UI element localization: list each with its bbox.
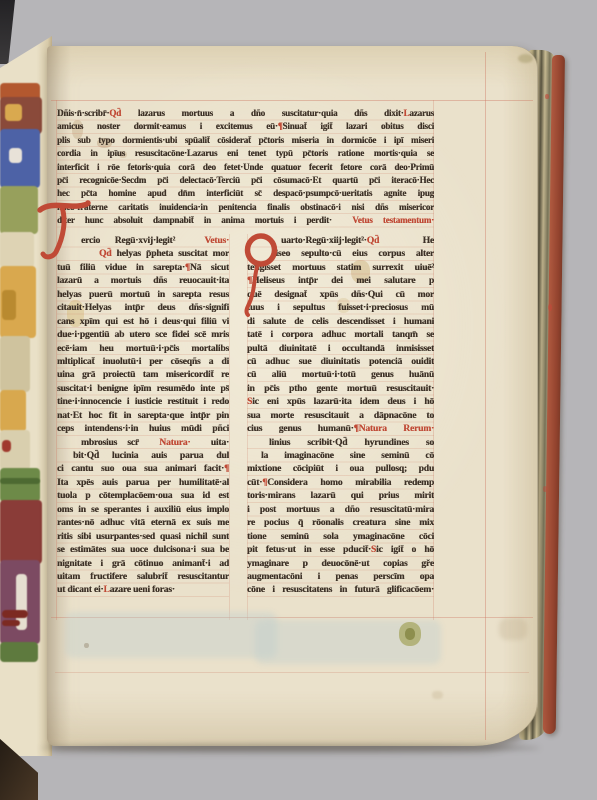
red-ink-text: Vetus·	[204, 235, 229, 246]
text-line: ymaginare p deuocōnē·ut copias gře	[247, 557, 434, 570]
stain	[65, 612, 277, 658]
brown-ink-text: ci cantu suo oua sua animari facit·	[57, 463, 224, 474]
text-line: cū adhuc sue diuinitatis potenciā ouidit	[247, 355, 434, 368]
brown-ink-text: ut dicant ei·	[57, 584, 103, 595]
text-line: cōne i resuscitatens in futurā glificacō…	[247, 583, 434, 596]
text-line: helyas puerū mortuū in sarepta resus	[57, 288, 229, 301]
miniature-segment	[0, 232, 34, 268]
text-line: rantes·nō adhuc vitā eternā ex suis me	[57, 516, 229, 529]
brown-ink-text: cūt·	[247, 477, 262, 488]
left-text-column: ercio Regū·xvij·legit² Vetus·Qd̄ helyas …	[57, 234, 229, 597]
text-line: Sic eni xpūs lazarū·ita idem deus i hō	[247, 395, 434, 408]
miniature-segment	[0, 468, 40, 502]
miniature-segment	[2, 290, 16, 320]
text-line: pit fetus·ut in esse pducit̄·Sic igit̄ o…	[247, 543, 434, 556]
text-line: hec pc̄ta homine apud dn̄m interficiūt s…	[57, 187, 434, 200]
text-line: pc̄i recognicōe·Secdm pc̄i delectacō·Ter…	[57, 174, 434, 187]
red-ink-text: ¶Natura Rerum·	[354, 423, 434, 434]
brown-ink-text: Ita xpēs auis parua per humilitatē·al	[57, 477, 229, 488]
brown-ink-text: liseo sepulto·cū eius corpus alter	[273, 248, 434, 259]
stain	[84, 643, 89, 648]
text-line: oms in se sperantes i auxiliū eius implo	[57, 503, 229, 516]
brown-ink-text: ceps intendens·i·in huius mūdi pñci	[57, 423, 229, 434]
brown-ink-text: augmentacōni i penas perscīm opa	[247, 571, 434, 582]
ruling-line	[485, 52, 486, 740]
brown-ink-text: citauit·Helyas intp̄r deus dñs·signifi	[57, 302, 229, 313]
brown-ink-text: pc̄i recognicōe·Secdm pc̄i delectacō·Ter…	[57, 175, 434, 185]
brown-ink-text: sua morte resuscitauit a dāpnacōne to	[247, 410, 434, 421]
text-line: tine·i·innocencie i iusticie restituit i…	[57, 395, 229, 408]
stain	[405, 628, 415, 640]
initial-T	[38, 198, 90, 264]
text-line: uina grā proiectū tam misericordit̄ re	[57, 368, 229, 381]
brown-ink-text: tione seminū sola ymaginacōne cōci	[247, 531, 434, 542]
brown-ink-text: ecē·iam heu mortuū·i·pc̄is mortalibs	[57, 343, 229, 354]
ruling-line	[51, 617, 533, 618]
text-line: linius scribit·Qd̄ hyrundines so	[247, 436, 434, 449]
brown-ink-text: interficit i rōe fetoris·quia corā deo f…	[57, 162, 434, 172]
brown-ink-text: cordia in ipīus resuscitacōne·Lazarus en…	[57, 148, 434, 158]
brown-ink-text: helyas p̄pheta suscitat mor	[111, 248, 229, 259]
text-line: suscitat·i benigne ipīm resumēdo inte ps…	[57, 382, 229, 395]
text-line: amicus noster dormit·eamus i excitemus e…	[57, 120, 434, 133]
brown-ink-text: uita·	[190, 437, 229, 448]
brown-ink-text: Considera homo mirabilia redemp	[267, 477, 434, 488]
text-line: ritis sibi usurpantes·sed quasi nichil s…	[57, 530, 229, 543]
red-ink-text: Qd̄	[109, 108, 121, 118]
text-line: nignitate i grā cōtinuo animant̄·i ad	[57, 557, 229, 570]
brown-ink-text: He	[379, 235, 434, 246]
brown-ink-text: tatē i corpora adhuc mortali tanqm̄ se	[247, 329, 434, 340]
miniature-segment	[2, 610, 28, 618]
brown-ink-text: uina grā proiectū tam misericordit̄ re	[57, 369, 229, 380]
brown-ink-text: nignitate i grā cōtinuo animant̄·i ad	[57, 558, 229, 569]
text-line: pultā diuinitatē i occultandā inmisisset	[247, 342, 434, 355]
text-line: lazarū a mortuis dñs reuocauit·ita	[57, 274, 229, 287]
miniature-segment	[0, 336, 30, 392]
text-line: in pc̄is ptho gente mortuū resuscitauit·	[247, 382, 434, 395]
text-line: uitam fructifere salubrit̄ resuscitantur	[57, 570, 229, 583]
stain	[432, 691, 443, 699]
text-line: augmentacōni i penas perscīm opa	[247, 570, 434, 583]
text-line: citauit·Helyas intp̄r deus dñs·signifi	[57, 301, 229, 314]
brown-ink-text: hec pc̄ta homine apud dn̄m interficiūt s…	[57, 188, 434, 198]
brown-ink-text: due·i·pgentiū ab utero sce fidei scē mri…	[57, 329, 229, 340]
brown-ink-text: Sinuat̄ igit̄ lazari obitus disci	[282, 121, 434, 131]
text-line: la imaginacōne sine seminū cō	[247, 449, 434, 462]
brown-ink-text: uitam fructifere salubrit̄ resuscitantur	[57, 571, 229, 582]
text-line: ceps intendens·i·in huius mūdi pñci	[57, 422, 229, 435]
brown-ink-text: tine·i·innocencie i iusticie restituit i…	[57, 396, 229, 407]
page-bottom-shadow	[40, 744, 540, 752]
brown-ink-text: azarus	[409, 108, 434, 118]
brown-ink-text: in pc̄is ptho gente mortuū resuscitauit·	[247, 383, 434, 394]
text-line: nacō·fraterne caritatis inuidencia·in pe…	[57, 201, 434, 214]
text-line: mltiplicat̄ inuolutū·i per cōseqñs a di	[57, 355, 229, 368]
brown-ink-text: ic igit̄ o hō	[376, 544, 434, 555]
brown-ink-text: lazarus mortuus a dño suscitatur·quia dñ…	[121, 108, 404, 118]
brown-ink-text: bit·Qd̄ lucinia auis parua dul	[73, 450, 229, 461]
brown-ink-text: cū adhuc sue diuinitatis potenciā ouidit	[247, 356, 434, 367]
miniature-segment	[0, 390, 26, 432]
brown-ink-text: ercio Regū·xvij·legit²	[81, 235, 204, 246]
brown-ink-text: i post mortuus a dño resuscitatū·mira	[247, 504, 434, 515]
text-line: ecē·iam heu mortuū·i·pc̄is mortalibs	[57, 342, 229, 355]
text-line: tatē i corpora adhuc mortali tanqm̄ se	[247, 328, 434, 341]
red-ink-text: Qd̄	[367, 235, 379, 246]
miniature-segment	[0, 500, 42, 564]
brown-ink-text: diter hunc absoluit dampnabit̄ in anima …	[57, 215, 352, 225]
brown-ink-text: mltiplicat̄ inuolutū·i per cōseqñs a di	[57, 356, 229, 367]
miniature-segment	[5, 104, 22, 121]
ruling-line	[55, 672, 529, 673]
brown-ink-text: mixtione cōcipiūt i oua pullosq; pdu	[247, 463, 434, 474]
brown-ink-text: mbrosius scr̄	[81, 437, 159, 448]
text-line: cordia in ipīus resuscitacōne·Lazarus en…	[57, 147, 434, 160]
stain	[255, 620, 441, 664]
brown-ink-text: toris·mirans lazarū qui prius mirit	[247, 490, 434, 501]
brown-ink-text: rantes·nō adhuc vitā eternā ex suis me	[57, 517, 229, 528]
brown-ink-text: plis sub typo dormientis·ubi spūalit̄ cō…	[57, 135, 434, 145]
text-line: ut dicant ei·Lazare ueni foras·	[57, 583, 229, 596]
text-line: Dñis·n̄·scribr̄·Qd̄ lazarus mortuus a dñ…	[57, 107, 434, 120]
brown-ink-text: la imaginacōne sine seminū cō	[261, 450, 434, 461]
text-line: cū aliū mortuū·i·totū genus huānū	[247, 368, 434, 381]
text-line: tione seminū sola ymaginacōne cōci	[247, 530, 434, 543]
brown-ink-text: nacō·fraterne caritatis inuidencia·in pe…	[57, 202, 434, 212]
brown-ink-text: helyas puerū mortuū in sarepta resus	[57, 289, 229, 300]
miniature-segment	[0, 478, 40, 484]
brown-ink-text: pultā diuinitatē i occultandā inmisisset	[247, 343, 434, 354]
miniature-segment	[2, 620, 20, 626]
text-line: mbrosius scr̄ Natura· uita·	[57, 436, 229, 449]
brown-ink-text: ymaginare p deuocōnē·ut copias gře	[247, 558, 434, 569]
brown-ink-text: ritis sibi usurpantes·sed quasi nichil s…	[57, 531, 229, 542]
text-line: plis sub typo dormientis·ubi spūalit̄ cō…	[57, 134, 434, 147]
red-ink-text: Qd̄	[99, 248, 111, 259]
facing-page-miniature	[0, 0, 52, 756]
text-line: Ita xpēs auis parua per humilitatē·al	[57, 476, 229, 489]
miniature-segment	[9, 148, 22, 163]
brown-ink-text: Nā sicut	[190, 262, 229, 273]
text-line: mixtione cōcipiūt i oua pullosq; pdu	[247, 462, 434, 475]
text-line: i post mortuus a dño resuscitatū·mira	[247, 503, 434, 516]
red-ink-text: Vetus testamentum·	[352, 215, 434, 225]
text-line: diter hunc absoluit dampnabit̄ in anima …	[57, 214, 434, 227]
brown-ink-text: lazarū a mortuis dñs reuocauit·ita	[57, 275, 229, 286]
brown-ink-text: tuola p cōtemplacōem·oua sua id est	[57, 490, 229, 501]
brown-ink-text: ic eni xpūs lazarū·ita idem deus i hō	[252, 396, 434, 407]
brown-ink-text: uarto·Regū·xiij·legit²·	[281, 235, 367, 246]
brown-ink-text: cōne i resuscitatens in futurā glificacō…	[247, 584, 434, 595]
folio-smudge	[518, 54, 533, 63]
stain	[399, 622, 421, 646]
brown-ink-text: suscitat·i benigne ipīm resumēdo inte ps…	[57, 383, 229, 394]
miniature-segment	[2, 440, 11, 452]
intro-text-block: Dñis·n̄·scribr̄·Qd̄ lazarus mortuus a dñ…	[57, 107, 434, 228]
text-line: cius genus humanū·¶Natura Rerum·	[247, 422, 434, 435]
facing-page-sliver	[0, 36, 52, 756]
stain	[499, 618, 527, 640]
ruling-line	[229, 234, 230, 620]
brown-ink-text: amicus noster dormit·eamus i excitemus e…	[57, 121, 278, 131]
text-line: toris·mirans lazarū qui prius mirit	[247, 489, 434, 502]
photo-of-open-manuscript: Dñis·n̄·scribr̄·Qd̄ lazarus mortuus a dñ…	[0, 0, 597, 800]
initial-Q	[244, 234, 280, 320]
brown-ink-text: cius genus humanū·	[247, 423, 354, 434]
brown-ink-text: Dñis·n̄·scribr̄·	[57, 108, 109, 118]
red-ink-text: Natura·	[159, 437, 190, 448]
text-line: re pocius q̄ rōonalis creatura sine mix	[247, 516, 434, 529]
brown-ink-text: oms in se sperantes i auxiliū eius implo	[57, 504, 229, 515]
text-line: interficit i rōe fetoris·quia corā deo f…	[57, 161, 434, 174]
miniature-segment	[0, 642, 38, 662]
text-line: due·i·pgentiū ab utero sce fidei scē mri…	[57, 328, 229, 341]
miniature-segment	[0, 186, 38, 234]
red-ink-text: ¶	[224, 463, 229, 474]
brown-ink-text: se estimātes sua uoce dulcisona·i sua be	[57, 544, 229, 555]
brown-ink-text: linius scribit·Qd̄ hyrundines so	[269, 437, 434, 448]
text-line: bit·Qd̄ lucinia auis parua dul	[57, 449, 229, 462]
brown-ink-text: azare ueni foras·	[110, 584, 175, 595]
ruling-line	[51, 100, 533, 101]
brown-ink-text: pit fetus·ut in esse pducit̄·	[247, 544, 371, 555]
text-line: nat·Et hoc fit in sarepta·que intp̄r pin	[57, 409, 229, 422]
text-line: cūt·¶Considera homo mirabilia redemp	[247, 476, 434, 489]
text-line: tuola p cōtemplacōem·oua sua id est	[57, 489, 229, 502]
text-line: cans xpīm qui est hō i deus·qui filiū vi	[57, 315, 229, 328]
text-line: ci cantu suo oua sua animari facit·¶	[57, 462, 229, 475]
brown-ink-text: nat·Et hoc fit in sarepta·que intp̄r pin	[57, 410, 229, 421]
text-line: sua morte resuscitauit a dāpnacōne to	[247, 409, 434, 422]
text-line: se estimātes sua uoce dulcisona·i sua be	[57, 543, 229, 556]
binding-shadow-top-left	[0, 0, 15, 64]
manuscript-page: Dñis·n̄·scribr̄·Qd̄ lazarus mortuus a dñ…	[47, 46, 538, 746]
brown-ink-text: re pocius q̄ rōonalis creatura sine mix	[247, 517, 434, 528]
brown-ink-text: cans xpīm qui est hō i deus·qui filiū vi	[57, 316, 229, 327]
brown-ink-text: cū aliū mortuū·i·totū genus huānū	[247, 369, 434, 380]
